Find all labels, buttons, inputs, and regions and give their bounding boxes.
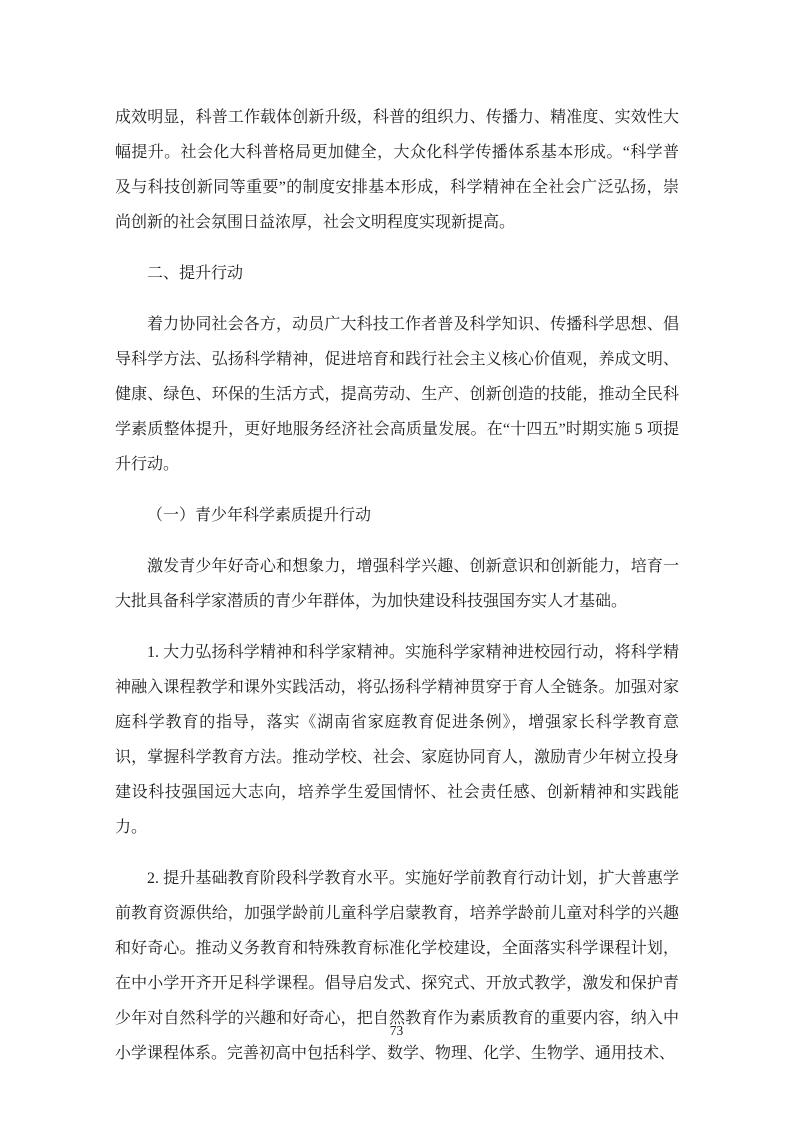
paragraph-goal: 激发青少年好奇心和想象力，增强科学兴趣、创新意识和创新能力，培育一大批具备科学家… — [115, 549, 679, 619]
document-page: 成效明显，科普工作载体创新升级，科普的组织力、传播力、精准度、实效性大幅提升。社… — [0, 0, 793, 1122]
section-heading: 二、提升行动 — [115, 256, 679, 291]
paragraph-overview: 着力协同社会各方，动员广大科技工作者普及科学知识、传播科学思想、倡导科学方法、弘… — [115, 307, 679, 482]
subsection-heading: （一）青少年科学素质提升行动 — [115, 498, 679, 533]
paragraph-continuation: 成效明显，科普工作载体创新升级，科普的组织力、传播力、精准度、实效性大幅提升。社… — [115, 100, 679, 240]
document-body: 成效明显，科普工作载体创新升级，科普的组织力、传播力、精准度、实效性大幅提升。社… — [115, 100, 679, 1087]
paragraph-item-1: 1. 大力弘扬科学精神和科学家精神。实施科学家精神进校园行动，将科学精神融入课程… — [115, 635, 679, 845]
page-number: 73 — [0, 1022, 793, 1040]
